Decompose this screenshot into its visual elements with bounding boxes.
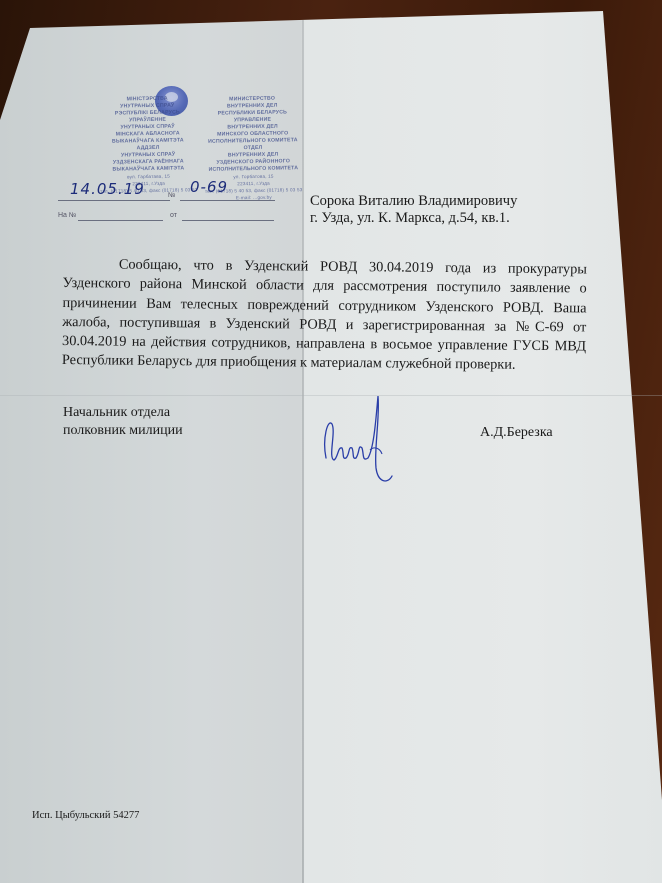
body-paragraph: Сообщаю, что в Узденский РОВД 30.04.2019… xyxy=(62,255,587,376)
position-line-2: полковник милиции xyxy=(63,422,183,440)
position-line-1: Начальник отдела xyxy=(63,404,183,422)
handwritten-signature-icon xyxy=(318,388,408,493)
addressee-address: г. Узда, ул. К. Маркса, д.54, кв.1. xyxy=(310,210,517,227)
ref-number-underline xyxy=(78,220,163,221)
number-label: № xyxy=(168,192,176,199)
ref-date-label: от xyxy=(170,212,177,219)
addressee-block: Сорока Виталию Владимировичу г. Узда, ул… xyxy=(310,193,517,227)
date-underline xyxy=(58,200,170,201)
signatory-position: Начальник отдела полковник милиции xyxy=(63,404,183,440)
registration-number: 0-69 xyxy=(190,178,228,196)
number-underline xyxy=(180,200,275,201)
registration-date: 14.05.19 xyxy=(70,180,145,198)
addressee-name: Сорока Виталию Владимировичу xyxy=(310,193,517,210)
ref-date-underline xyxy=(182,220,274,221)
signatory-name: А.Д.Березка xyxy=(480,425,553,441)
ref-number-label: На № xyxy=(58,212,76,219)
letter-body: Сообщаю, что в Узденский РОВД 30.04.2019… xyxy=(62,255,587,376)
executor-note: Исп. Цыбульский 54277 xyxy=(32,810,139,821)
